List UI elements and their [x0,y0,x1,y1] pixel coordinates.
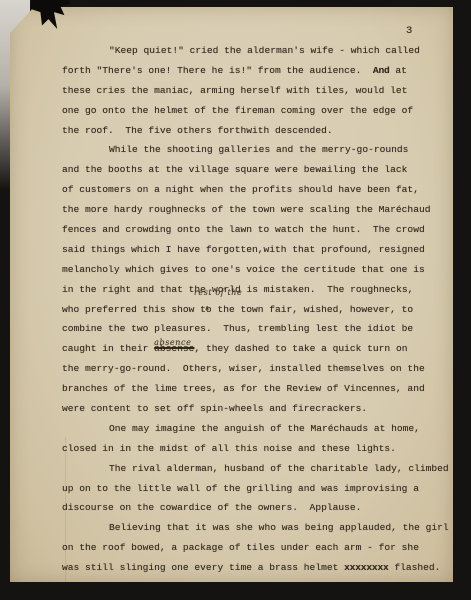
typed-line: forth "There's one! There he is!" from t… [62,61,448,81]
typed-line: branches of the lime trees, as for the R… [62,379,448,399]
typed-line: melancholy which gives to one's voice th… [62,260,448,280]
typed-segment: one go onto the helmet of the fireman co… [62,105,413,116]
typed-segment: discourse on the cowardice of the owners… [62,502,361,513]
typed-line: the more hardy roughnecks of the town we… [62,200,448,220]
typed-segment: were content to set off spin-wheels and … [62,403,367,414]
paper-crease [65,437,66,587]
typed-segment: was still slinging one every time a bras… [62,562,344,573]
typed-line: these cries the maniac, arming herself w… [62,81,448,101]
typed-segment: fences and crowding onto the lawn to wat… [62,224,425,235]
typed-line: were content to set off spin-wheels and … [62,399,448,419]
typed-segment: in the right and that the [62,284,206,295]
typed-line: on the roof bowed, a package of tiles un… [62,538,448,558]
typed-line: in the right and that therest of theworl… [62,280,448,300]
typed-text: "Keep quiet!" cried the alderman's wife … [62,41,448,598]
typed-line: the roof. The five others forthwith desc… [62,121,448,141]
page-number: 3 [406,25,412,37]
typed-line: the merry-go-round. Others, wiser, insta… [62,359,448,379]
typed-segment: and the booths at the village square wer… [62,164,407,175]
typed-segment: combine the two pleasures. Thus, trembli… [62,323,413,334]
typed-line: "Keep quiet!" cried the alderman's wife … [62,41,448,61]
typed-line: One may imagine the anguish of the Maréc… [62,419,448,439]
typed-line: was still slinging one every time a bras… [62,558,448,578]
typed-segment: on the roof bowed, a package of tiles un… [62,542,419,553]
typed-segment: One may imagine the anguish of the Maréc… [109,423,420,434]
typed-line: caught in their absenseabsence, they das… [62,339,448,359]
typed-line: one go onto the helmet of the fireman co… [62,101,448,121]
typed-segment: While the shooting galleries and the mer… [109,144,408,155]
handwritten-annotation: absence [154,333,191,353]
typed-segment: the roof. The five others forthwith desc… [62,125,333,136]
typed-segment: the more hardy roughnecks of the town we… [62,204,430,215]
typed-manuscript-page: 3 "Keep quiet!" cried the alderman's wif… [10,7,453,582]
typed-line: Believing that it was she who was being … [62,518,448,538]
typed-segment: at [390,65,407,76]
typed-line: In her inhuman voice she expressed her g… [62,578,448,598]
typed-segment: , they dashed to take a quick turn on [194,343,407,354]
typed-line: combine the two pleasures. Thus, trembli… [62,319,448,339]
typed-segment: closed in in the midst of all this noise… [62,443,396,454]
typed-segment: melancholy which gives to one's voice th… [62,264,425,275]
typed-line: said things which I have forgotten,with … [62,240,448,260]
typed-segment: these cries the maniac, arming herself w… [62,85,407,96]
typed-segment: forth "There's one! There he is!" from t… [62,65,373,76]
typed-line: who preferred this show to the town fair… [62,300,448,320]
typed-segment: branches of the lime trees, as for the R… [62,383,425,394]
handwritten-annotation: rest of the [194,283,242,303]
typed-segment: The rival alderman, husband of the chari… [109,463,449,474]
typed-segment: said things which I have forgotten,with … [62,244,425,255]
overstruck-x-word: xxxxxxxx [344,562,388,573]
typed-segment: the merry-go-round. Others, wiser, insta… [62,363,425,374]
typed-segment: who preferred this show to the town fair… [62,304,413,315]
typed-segment: of customers on a night when the profits… [62,184,419,195]
typed-line: fences and crowding onto the lawn to wat… [62,220,448,240]
typed-segment: flashed. [389,562,441,573]
typed-segment: up on to the little wall of the grilling… [62,483,419,494]
typed-line: discourse on the cowardice of the owners… [62,498,448,518]
typed-line: closed in in the midst of all this noise… [62,439,448,459]
typed-segment: Believing that it was she who was being … [109,522,449,533]
typed-line: and the booths at the village square wer… [62,160,448,180]
typed-line: While the shooting galleries and the mer… [62,140,448,160]
typed-line: of customers on a night when the profits… [62,180,448,200]
typed-segment: "Keep quiet!" cried the alderman's wife … [109,45,420,56]
typed-line: The rival alderman, husband of the chari… [62,459,448,479]
typed-segment: In her inhuman voice she expressed her g… [62,582,436,593]
struck-word: absenseabsence [154,343,194,354]
typed-line: up on to the little wall of the grilling… [62,479,448,499]
overstrike-word: And [373,65,390,76]
typed-segment: caught in their [62,343,154,354]
